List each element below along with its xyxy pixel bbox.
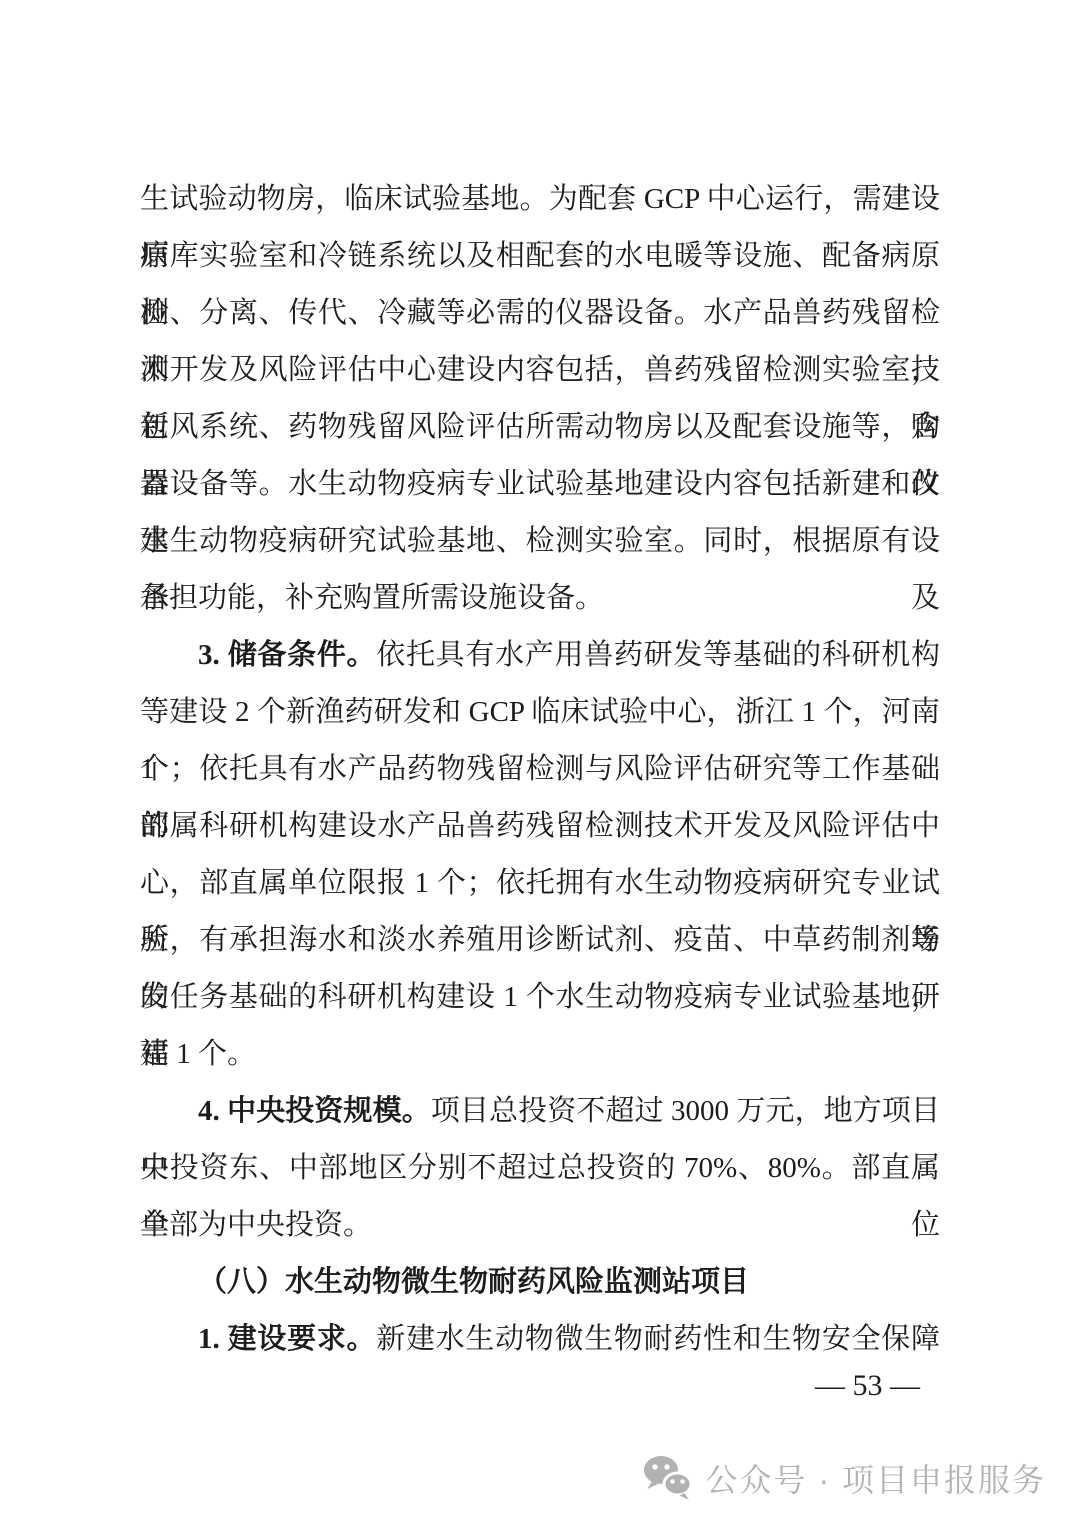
watermark-label: 公众号 · 项目申报服务 bbox=[706, 1455, 1046, 1501]
text-line: 生试验动物房，临床试验基地。为配套 GCP 中心运行，需建设病 bbox=[140, 171, 940, 228]
text-line: 4. 中央投资规模。项目总投资不超过 3000 万元，地方项目中 bbox=[140, 1083, 940, 1140]
text-line: 新风系统、药物残留风险评估所需动物房以及配套设施等，购置仪 bbox=[140, 399, 940, 456]
page-number: — 53 — bbox=[815, 1368, 920, 1404]
text-segment: 依托具有水产用兽药研发等基础的科研机构 bbox=[376, 639, 940, 671]
text-line: 测、分离、传代、冷藏等必需的仪器设备。水产品兽药残留检测技 bbox=[140, 285, 940, 342]
document-body: 生试验动物房，临床试验基地。为配套 GCP 中心运行，需建设病原库实验室和冷链系… bbox=[140, 171, 940, 1368]
text-segment: 部属科研机构建设水产品兽药残留检测技术开发及风险评估中 bbox=[140, 810, 940, 842]
text-line: 术开发及风险评估中心建设内容包括，兽药残留检测实验室，包含 bbox=[140, 342, 940, 399]
text-line: 发任务基础的科研机构建设 1 个水生动物疫病专业试验基地，福 bbox=[140, 969, 940, 1026]
text-line: 个；依托具有水产品药物残留检测与风险评估研究等工作基础的 bbox=[140, 741, 940, 798]
text-line: 原库实验室和冷链系统以及相配套的水电暖等设施、配备病原检 bbox=[140, 228, 940, 285]
text-line: 央投资东、中部地区分别不超过总投资的 70%、80%。部直属单位 bbox=[140, 1140, 940, 1197]
text-line: 所，有承担海水和淡水养殖用诊断试剂、疫苗、中草药制剂等的研 bbox=[140, 912, 940, 969]
footer-watermark: 公众号 · 项目申报服务 bbox=[642, 1454, 1046, 1501]
text-line: 器设备等。水生动物疫病专业试验基地建设内容包括新建和改建 bbox=[140, 456, 940, 513]
bold-text-segment: 4. 中央投资规模。 bbox=[198, 1095, 431, 1127]
text-line: 等建设 2 个新渔药研发和 GCP 临床试验中心，浙江 1 个，河南 1 bbox=[140, 684, 940, 741]
text-segment: 承担功能，补充购置所需设施设备。 bbox=[140, 582, 604, 614]
text-segment: 新建水生动物微生物耐药性和生物安全保障 bbox=[376, 1323, 940, 1355]
bold-text-segment: 3. 储备条件。 bbox=[198, 639, 376, 671]
text-segment: 全部为中央投资。 bbox=[140, 1209, 372, 1241]
text-line: （八）水生动物微生物耐药风险监测站项目 bbox=[140, 1254, 940, 1311]
text-line: 部属科研机构建设水产品兽药残留检测技术开发及风险评估中 bbox=[140, 798, 940, 855]
text-segment: 建 1 个。 bbox=[140, 1038, 256, 1070]
text-line: 3. 储备条件。依托具有水产用兽药研发等基础的科研机构 bbox=[140, 627, 940, 684]
bold-text-segment: （八）水生动物微生物耐药风险监测站项目 bbox=[198, 1266, 749, 1298]
document-page: { "document": { "lines": [ {"indent": fa… bbox=[0, 0, 1080, 1527]
text-line: 心，部直属单位限报 1 个；依托拥有水生动物疫病研究专业试验场 bbox=[140, 855, 940, 912]
wechat-icon bbox=[642, 1454, 694, 1501]
text-line: 建 1 个。 bbox=[140, 1026, 940, 1083]
text-line: 1. 建设要求。新建水生动物微生物耐药性和生物安全保障 bbox=[140, 1311, 940, 1368]
bold-text-segment: 1. 建设要求。 bbox=[198, 1323, 376, 1355]
text-line: 水生动物疫病研究试验基地、检测实验室。同时，根据原有设备及 bbox=[140, 513, 940, 570]
